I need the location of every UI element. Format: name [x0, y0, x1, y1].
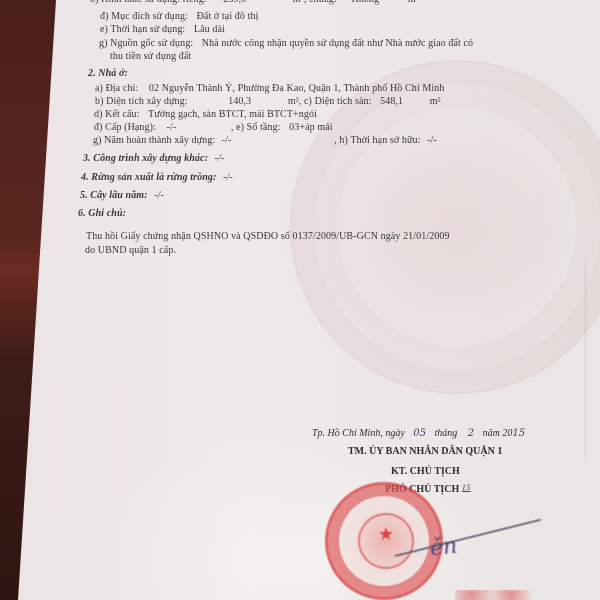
label: Tp. Hồ Chí Minh, ngày: [312, 428, 405, 439]
grade-value: -/-: [167, 122, 177, 133]
land-origin-value: Nhà nước công nhận quyền sử dụng đất như…: [202, 38, 473, 49]
label: 3. Công trình xây dựng khác:: [83, 153, 208, 164]
house-heading: 2. Nhà ở:: [88, 68, 128, 79]
house-address-line: a) Địa chỉ: 02 Nguyễn Thành Ý, Phường Đa…: [95, 83, 444, 94]
shared-area-value: Không: [352, 0, 380, 5]
house-address-value: 02 Nguyễn Thành Ý, Phường Đa Kao, Quận 1…: [149, 83, 445, 94]
label: đ) Cấp (Hạng):: [94, 122, 156, 133]
house-grade-line: đ) Cấp (Hạng): -/- , e) Số tầng: 03+áp m…: [94, 122, 333, 133]
title-mark: 15: [462, 484, 471, 492]
value: -/-: [215, 153, 225, 164]
ownership-term-value: -/-: [427, 135, 437, 146]
label: g) Nguồn gốc sử dụng:: [99, 38, 193, 49]
day-value: 05: [413, 428, 426, 439]
label: 4. Rừng sản xuất là rừng trồng:: [81, 172, 216, 183]
floor-area-value: 548,1: [380, 96, 403, 107]
authority-title: TM. ỦY BAN NHÂN DÂN QUẬN 1: [348, 446, 502, 457]
land-term-value: Lâu dài: [194, 24, 225, 35]
notes-heading: 6. Ghi chú:: [78, 208, 126, 219]
other-construction-line: 3. Công trình xây dựng khác: -/-: [83, 153, 224, 164]
label: năm 20: [483, 428, 513, 439]
year-value: 15: [512, 428, 525, 439]
land-purpose-line: đ) Mục đích sử dụng: Đất ở tại đô thị: [100, 11, 258, 22]
paper-fold: [585, 260, 586, 460]
private-area-value: 239,0: [223, 0, 246, 5]
label: b) Hình thức sử dụng: riêng:: [90, 0, 207, 5]
place-date-line: Tp. Hồ Chí Minh, ngày 05 tháng 2 năm 201…: [312, 428, 525, 439]
certificate-page: b) Hình thức sử dụng: riêng: 239,0 m², c…: [0, 0, 600, 600]
label: 5. Cây lâu năm:: [80, 190, 148, 201]
label: e) Thời hạn sử dụng:: [100, 24, 185, 35]
completion-value: -/-: [222, 135, 232, 146]
label: d) Kết cấu:: [94, 109, 140, 120]
land-origin-value-cont: thu tiền sử dụng đất: [110, 51, 191, 62]
note-line-1: Thu hồi Giấy chứng nhận QSHNO và QSDĐO s…: [86, 231, 450, 242]
house-area-line: b) Diện tích xây dựng: 140,3 m², c) Diện…: [95, 96, 441, 107]
built-area-value: 140,3: [228, 96, 251, 107]
national-emblem-icon: ★: [358, 513, 414, 569]
label: đ) Mục đích sử dụng:: [100, 11, 188, 22]
perennial-trees-line: 5. Cây lâu năm: -/-: [80, 190, 164, 201]
watermark-emblem: [290, 60, 600, 394]
floors-value: 03+áp mái: [289, 122, 332, 133]
label: a) Địa chỉ:: [95, 83, 138, 94]
land-purpose-value: Đất ở tại đô thị: [197, 11, 259, 22]
unit: m²: [430, 96, 441, 107]
planted-forest-line: 4. Rừng sản xuất là rừng trồng: -/-: [81, 172, 233, 183]
label: g) Năm hoàn thành xây dựng:: [93, 135, 215, 146]
unit: m²: [408, 0, 419, 5]
land-origin-continued: thu tiền sử dụng đất: [110, 51, 191, 62]
land-origin-line: g) Nguồn gốc sử dụng: Nhà nước công nhận…: [99, 38, 473, 49]
note-line-2: do UBND quận 1 cấp.: [85, 245, 176, 256]
label: m², chung:: [293, 0, 337, 5]
label: tháng: [435, 428, 458, 439]
label: , e) Số tầng:: [231, 122, 281, 133]
structure-value: Tường gạch, sàn BTCT, mái BTCT+ngói: [148, 109, 317, 120]
house-completion-line: g) Năm hoàn thành xây dựng: -/- , h) Thờ…: [93, 135, 437, 146]
house-structure-line: d) Kết cấu: Tường gạch, sàn BTCT, mái BT…: [94, 109, 317, 120]
official-red-stamp: ★: [325, 482, 443, 600]
value: -/-: [223, 172, 233, 183]
star-icon: ★: [360, 525, 412, 543]
label: m², c) Diện tích sàn:: [288, 96, 372, 107]
on-behalf-title: KT. CHỦ TỊCH: [391, 466, 460, 477]
stamp-marks: [455, 590, 535, 600]
label: b) Diện tích xây dựng:: [95, 96, 188, 107]
label: , h) Thời hạn sở hữu:: [334, 135, 420, 146]
land-term-line: e) Thời hạn sử dụng: Lâu dài: [100, 24, 225, 35]
land-usage-form-line: b) Hình thức sử dụng: riêng: 239,0 m², c…: [90, 0, 419, 5]
month-value: 2: [468, 428, 474, 439]
value: -/-: [154, 190, 164, 201]
